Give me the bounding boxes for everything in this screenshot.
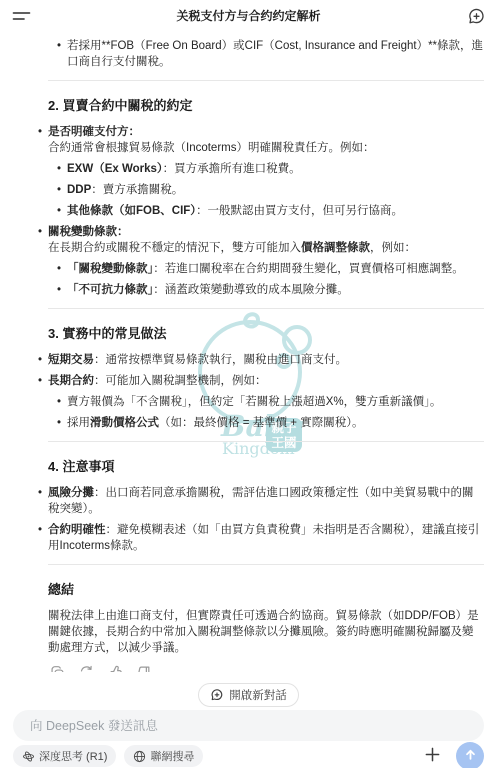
bold-text: 合約明確性 xyxy=(48,524,106,536)
thumbs-down-icon xyxy=(137,665,152,672)
text: 2. 買賣合約中關稅的約定 xyxy=(48,98,192,113)
bold-text: 短期交易 xyxy=(48,354,94,366)
bold-text: 長期合約 xyxy=(48,375,94,387)
copy-icon xyxy=(50,665,65,672)
send-button[interactable] xyxy=(456,742,484,768)
text: 3. 實務中的常見做法 xyxy=(48,326,166,341)
section-divider xyxy=(48,308,484,309)
copy-button[interactable] xyxy=(48,665,66,672)
bold-text: 滑動價格公式 xyxy=(90,417,159,429)
text: 採用 xyxy=(67,417,90,429)
bold-text: 是否明確支付方： xyxy=(48,126,140,138)
text: ：買方承擔所有進口稅費。 xyxy=(163,163,301,175)
chat-area: 若採用**FOB（Free On Board）或CIF（Cost, Insura… xyxy=(0,30,497,672)
bullet-item: 是否明確支付方：合約通常會根據貿易條款（Incoterms）明確關稅責任方。例如… xyxy=(48,124,484,156)
bullet-item: 採用滑動價格公式（如：最終價格 = 基準價 + 實際關稅）。 xyxy=(67,415,484,431)
bold-text: EXW（Ex Works） xyxy=(67,163,163,175)
new-chat-button[interactable] xyxy=(463,4,489,28)
deepthink-icon xyxy=(22,750,35,763)
text: ：若進口關稅率在合約期間發生變化，買賣價格可相應調整。 xyxy=(153,263,464,275)
text: 若採用**FOB（Free On Board）或CIF（Cost, Insura… xyxy=(67,40,483,68)
bullet-item: 若採用**FOB（Free On Board）或CIF（Cost, Insura… xyxy=(67,38,484,70)
text: 4. 注意事項 xyxy=(48,459,114,474)
text: 合約通常會根據貿易條款（Incoterms）明確關稅責任方。例如： xyxy=(48,142,374,154)
sidebar-menu-button[interactable] xyxy=(8,4,34,28)
open-new-chat-label: 開啟新對話 xyxy=(229,687,287,703)
bullet-item: 「不可抗力條款」：涵蓋政策變動導致的成本風險分攤。 xyxy=(67,282,484,298)
bullet-item: 長期合約：可能加入關稅調整機制，例如： xyxy=(48,373,484,389)
bullet-item: 賣方報價為「不含關稅」，但約定「若關稅上漲超過X%，雙方重新議價」。 xyxy=(67,394,484,410)
bullet-item: 合約明確性：避免模糊表述（如「由買方負責稅費」未指明是否含關稅），建議直接引用I… xyxy=(48,522,484,554)
bold-text: 其他條款（如FOB、CIF） xyxy=(67,205,196,217)
text: 在長期合約或關稅不穩定的情況下，雙方可能加入 xyxy=(48,242,301,254)
text: ：可能加入關稅調整機制，例如： xyxy=(94,375,267,387)
text: ，例如： xyxy=(370,242,416,254)
new-chat-bubble-plus-icon xyxy=(467,7,486,26)
bold-text: 「不可抗力條款」 xyxy=(67,284,153,296)
bullet-item: 風險分攤：出口商若同意承擔關稅，需評估進口國政策穩定性（如中美貿易戰中的關稅突變… xyxy=(48,485,484,517)
web-search-label: 聯網搜尋 xyxy=(150,748,194,764)
bullet-item: 其他條款（如FOB、CIF）：一般默認由買方支付，但可另行協商。 xyxy=(67,203,484,219)
text: 賣方報價為「不含關稅」，但約定「若關稅上漲超過X%，雙方重新議價」。 xyxy=(67,396,441,408)
deepthink-toggle[interactable]: 深度思考 (R1) xyxy=(13,745,116,767)
bullet-item: 短期交易：通常按標準貿易條款執行，關稅由進口商支付。 xyxy=(48,352,484,368)
section-heading: 2. 買賣合約中關稅的約定 xyxy=(48,97,484,115)
text: ：避免模糊表述（如「由買方負責稅費」未指明是否含關稅），建議直接引用Incote… xyxy=(48,524,479,552)
page-title: 关税支付方与合约约定解析 xyxy=(176,7,320,24)
bold-text: 價格調整條款 xyxy=(301,242,370,254)
section-heading: 4. 注意事項 xyxy=(48,458,484,476)
text: ：出口商若同意承擔關稅，需評估進口國政策穩定性（如中美貿易戰中的關稅突變）。 xyxy=(48,487,474,515)
bold-text: 關稅變動條款： xyxy=(48,226,129,238)
bullet-item: EXW（Ex Works）：買方承擔所有進口稅費。 xyxy=(67,161,484,177)
bold-text: 「關稅變動條款」 xyxy=(67,263,153,275)
text: 總結 xyxy=(48,582,74,597)
section-heading: 3. 實務中的常見做法 xyxy=(48,325,484,343)
app-header: 关税支付方与合约约定解析 xyxy=(0,0,497,30)
bullet-item: DDP：賣方承擔關稅。 xyxy=(67,182,484,198)
globe-icon xyxy=(133,750,146,763)
sidebar-menu-icon xyxy=(12,8,31,24)
section-divider xyxy=(48,564,484,565)
bullet-item: 「關稅變動條款」：若進口關稅率在合約期間發生變化，買賣價格可相應調整。 xyxy=(67,261,484,277)
arrow-up-icon xyxy=(463,747,478,765)
text: ：賣方承擔關稅。 xyxy=(91,184,183,196)
text: ：涵蓋政策變動導致的成本風險分攤。 xyxy=(153,284,349,296)
deepthink-label: 深度思考 (R1) xyxy=(39,748,107,764)
text: ：一般默認由買方支付，但可另行協商。 xyxy=(196,205,403,217)
open-new-chat-button[interactable]: 開啟新對話 xyxy=(198,683,299,707)
bold-text: DDP xyxy=(67,184,91,196)
bold-text: 風險分攤 xyxy=(48,487,94,499)
text: 關稅法律上由進口商支付，但實際責任可透過合約協商。貿易條款（如DDP/FOB）是… xyxy=(48,610,479,654)
message-input[interactable] xyxy=(13,710,484,741)
text: ：通常按標準貿易條款執行，關稅由進口商支付。 xyxy=(94,354,347,366)
regenerate-button[interactable] xyxy=(77,665,95,672)
message-body: 若採用**FOB（Free On Board）或CIF（Cost, Insura… xyxy=(48,38,484,656)
thumbs-up-button[interactable] xyxy=(106,665,124,672)
attach-button[interactable] xyxy=(422,746,442,766)
new-chat-bubble-icon xyxy=(210,688,224,702)
section-divider xyxy=(48,441,484,442)
text: （如：最終價格 = 基準價 + 實際關稅）。 xyxy=(159,417,363,429)
regenerate-icon xyxy=(79,665,94,672)
message-actions xyxy=(48,665,484,672)
thumbs-down-button[interactable] xyxy=(135,665,153,672)
section-heading: 總結 xyxy=(48,581,484,599)
composer-tools: 深度思考 (R1) 聯網搜尋 xyxy=(13,745,484,767)
section-divider xyxy=(48,80,484,81)
plus-icon xyxy=(424,746,441,766)
summary-paragraph: 關稅法律上由進口商支付，但實際責任可透過合約協商。貿易條款（如DDP/FOB）是… xyxy=(48,608,484,656)
thumbs-up-icon xyxy=(108,665,123,672)
composer-footer: 開啟新對話 深度思考 (R1) 聯網搜尋 xyxy=(0,672,497,768)
bullet-item: 關稅變動條款：在長期合約或關稅不穩定的情況下，雙方可能加入價格調整條款，例如： xyxy=(48,224,484,256)
web-search-toggle[interactable]: 聯網搜尋 xyxy=(124,745,203,767)
